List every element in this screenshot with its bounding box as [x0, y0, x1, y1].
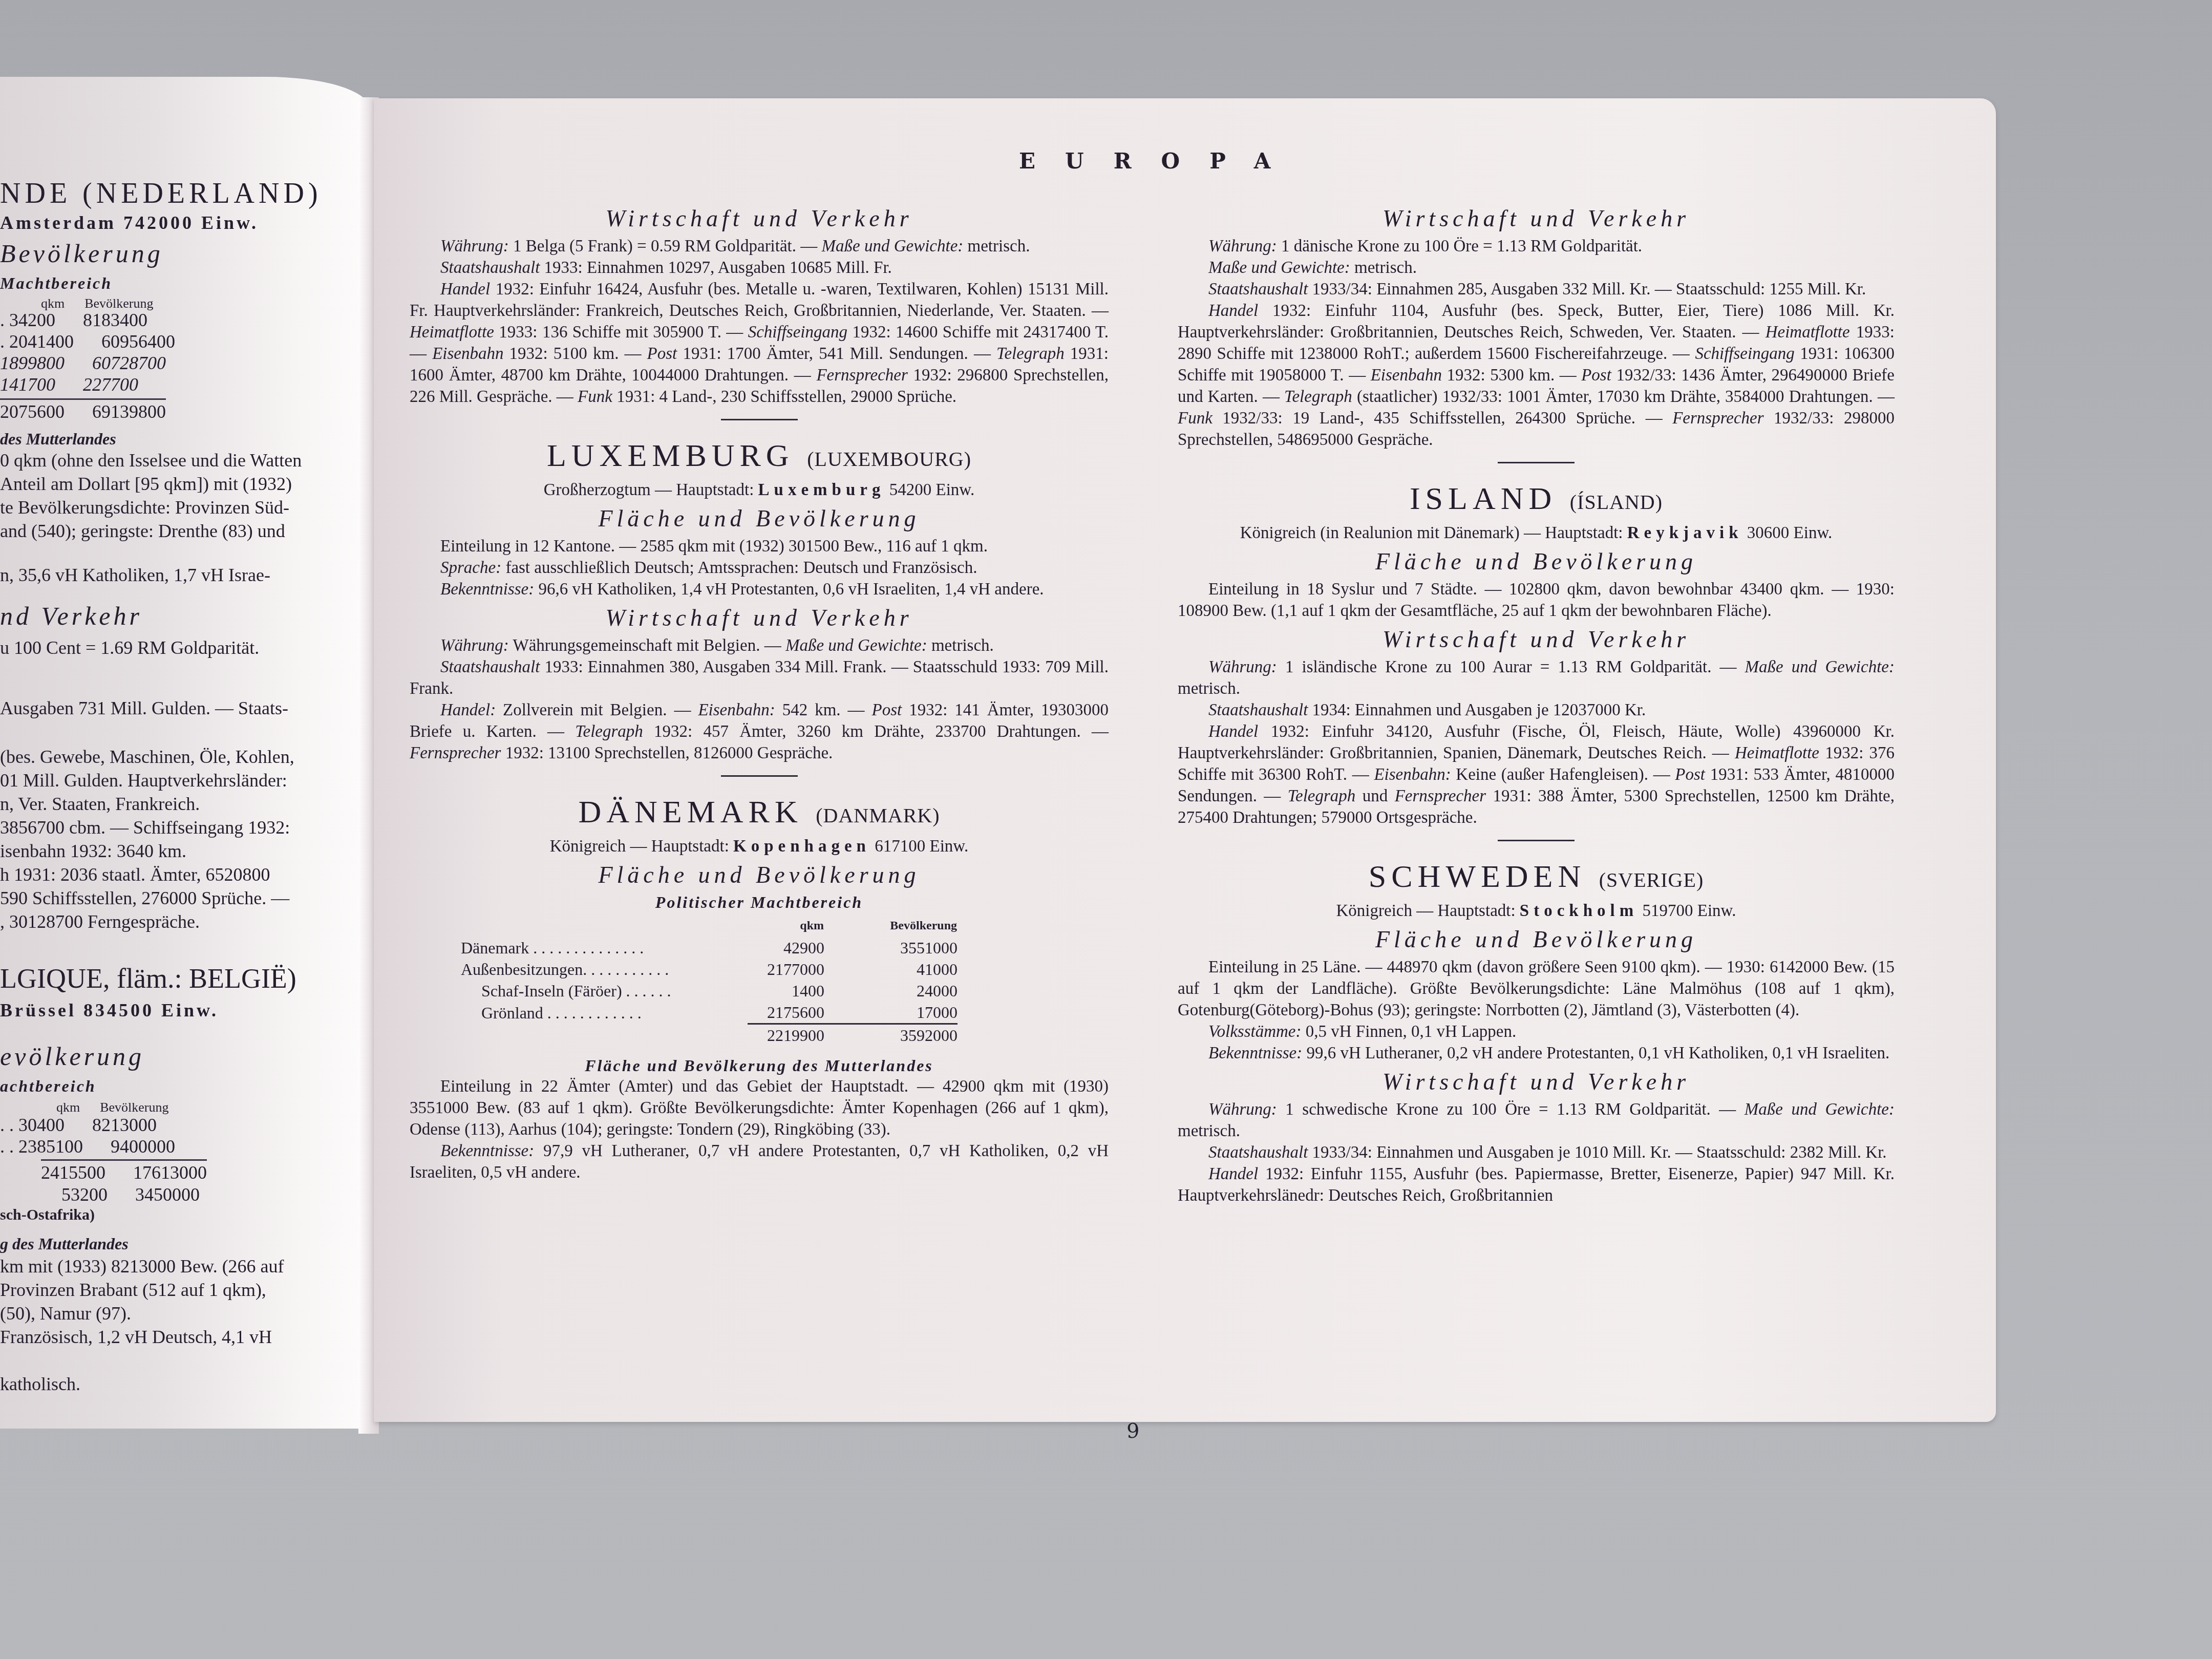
section-divider [1498, 840, 1575, 841]
paragraph: Bekenntnisse: 97,9 vH Lutheraner, 0,7 vH… [410, 1140, 1109, 1183]
paragraph: Währung: 1 Belga (5 Frank) = 0.59 RM Gol… [410, 236, 1109, 257]
paragraph: Handel 1932: Einfuhr 1155, Ausfuhr (bes.… [1178, 1163, 1895, 1206]
section-heading: Fläche und Bevölkerung [1178, 547, 1895, 577]
table-row: Grönland . . . . . . . . . . . .21756001… [461, 1002, 958, 1024]
capital-line: Brüssel 834500 Einw. [0, 998, 219, 1022]
paragraph: Einteilung in 22 Ämter (Amter) und das G… [410, 1076, 1109, 1140]
table-row: Außenbesitzungen. . . . . . . . . . .217… [461, 959, 958, 980]
paragraph: Einteilung in 18 Syslur und 7 Städte. — … [1178, 579, 1895, 622]
section-divider [1498, 462, 1575, 463]
country-title-luxemburg: LUXEMBURG (LUXEMBOURG) [410, 436, 1109, 479]
capital-line: Königreich (in Realunion mit Dänemark) —… [1178, 522, 1895, 544]
subheading: Fläche und Bevölkerung des Mutterlandes [410, 1055, 1109, 1076]
paragraph: Handel 1932: Einfuhr 16424, Ausfuhr (bes… [410, 279, 1109, 408]
country-title-iceland: ISLAND (ÍSLAND) [1178, 479, 1895, 522]
subheading: g des Mutterlandes [0, 1232, 129, 1256]
running-header: EUROPA [1019, 148, 1300, 174]
capital-line: Königreich — Hauptstadt: Kopenhagen 6171… [410, 836, 1109, 857]
paragraph: Staatshaushalt 1933/34: Einnahmen 285, A… [1178, 279, 1895, 300]
paragraph: Staatshaushalt 1934: Einnahmen und Ausga… [1178, 699, 1895, 721]
text-line: katholisch. [0, 1372, 80, 1396]
paragraph: Sprache: fast ausschließlich Deutsch; Am… [410, 557, 1109, 579]
capital-line: Großherzogtum — Hauptstadt: Luxemburg 54… [410, 479, 1109, 501]
table-row: 1899800 60728700 [0, 351, 166, 375]
text-line: u 100 Cent = 1.69 RM Goldparität. [0, 636, 259, 660]
paragraph: Handel 1932: Einfuhr 34120, Ausfuhr (Fis… [1178, 721, 1895, 828]
territory-table: qkmBevölkerung Dänemark . . . . . . . . … [461, 914, 958, 1046]
paragraph: Staatshaushalt 1933: Einnahmen 380, Ausg… [410, 656, 1109, 699]
text-line: isenbahn 1932: 3640 km. [0, 839, 186, 863]
text-line: Provinzen Brabant (512 auf 1 qkm), [0, 1278, 266, 1302]
paragraph: Währung: 1 schwedische Krone zu 100 Öre … [1178, 1099, 1895, 1142]
text-line: (bes. Gewebe, Maschinen, Öle, Kohlen, [0, 745, 294, 769]
left-page: NDE (NEDERLAND) Amsterdam 742000 Einw. B… [0, 77, 369, 1429]
text-line: 0 qkm (ohne den Isselsee und die Watten [0, 449, 302, 472]
section-heading: Wirtschaft und Verkehr [1178, 1067, 1895, 1097]
subheading: des Mutterlandes [0, 427, 116, 451]
section-divider [721, 775, 798, 777]
section-heading: Fläche und Bevölkerung [1178, 925, 1895, 954]
country-title-netherlands: NDE (NEDERLAND) [0, 182, 322, 205]
column-right: Wirtschaft und Verkehr Währung: 1 dänisc… [1178, 201, 1895, 1206]
column-header-qkm: qkm [748, 914, 824, 937]
paragraph: Handel 1932: Einfuhr 1104, Ausfuhr (bes.… [1178, 300, 1895, 451]
section-heading: Fläche und Bevölkerung [410, 504, 1109, 534]
text-line: te Bevölkerungsdichte: Provinzen Süd- [0, 496, 289, 519]
text-line: , 30128700 Ferngespräche. [0, 910, 200, 933]
table-row: Schaf-Inseln (Färöer) . . . . . .1400240… [461, 980, 958, 1002]
table-total: 2415500 17613000 [41, 1159, 207, 1184]
paragraph: Währung: 1 isländische Krone zu 100 Aura… [1178, 656, 1895, 699]
subheading: achtbereich [0, 1074, 96, 1098]
text-line: km mit (1933) 8213000 Bew. (266 auf [0, 1254, 284, 1278]
capital-line: Amsterdam 742000 Einw. [0, 211, 259, 235]
section-heading: Wirtschaft und Verkehr [1178, 625, 1895, 654]
section-heading: nd Verkehr [0, 604, 142, 628]
column-left: Wirtschaft und Verkehr Währung: 1 Belga … [410, 201, 1109, 1183]
table-title: Politischer Machtbereich [410, 892, 1109, 912]
text-line: n, 35,6 vH Katholiken, 1,7 vH Israe- [0, 563, 270, 587]
section-heading: evölkerung [0, 1045, 144, 1068]
paragraph: Währung: 1 dänische Krone zu 100 Öre = 1… [1178, 236, 1895, 257]
country-title-denmark: DÄNEMARK (DANMARK) [410, 792, 1109, 836]
text-line: Französisch, 1,2 vH Deutsch, 4,1 vH [0, 1325, 272, 1349]
section-heading: Bevölkerung [0, 242, 163, 265]
section-heading: Wirtschaft und Verkehr [1178, 204, 1895, 233]
table-total-row: 22199003592000 [461, 1024, 958, 1047]
section-heading: Fläche und Bevölkerung [410, 860, 1109, 890]
text-line: sch-Ostafrika) [0, 1203, 95, 1227]
table-row: Dänemark . . . . . . . . . . . . . .4290… [461, 937, 958, 959]
capital-line: Königreich — Hauptstadt: Stockholm 51970… [1178, 900, 1895, 922]
text-line: Anteil am Dollart [95 qkm]) mit (1932) [0, 472, 292, 496]
text-line: 01 Mill. Gulden. Hauptverkehrsländer: [0, 769, 287, 792]
paragraph: Volksstämme: 0,5 vH Finnen, 0,1 vH Lappe… [1178, 1021, 1895, 1043]
paragraph: Bekenntnisse: 96,6 vH Katholiken, 1,4 vH… [410, 579, 1109, 600]
text-line: 3856700 cbm. — Schiffseingang 1932: [0, 816, 290, 839]
page-number: 9 [1126, 1419, 1139, 1443]
text-line: h 1931: 2036 staatl. Ämter, 6520800 [0, 863, 270, 886]
text-line: n, Ver. Staaten, Frankreich. [0, 792, 200, 816]
section-divider [721, 419, 798, 420]
section-heading: Wirtschaft und Verkehr [410, 603, 1109, 633]
paragraph: Einteilung in 12 Kantone. — 2585 qkm mit… [410, 536, 1109, 557]
text-line: (50), Namur (97). [0, 1302, 131, 1325]
country-title-belgium: LGIQUE, fläm.: BELGIË) [0, 967, 296, 990]
country-title-sweden: SCHWEDEN (SVERIGE) [1178, 857, 1895, 900]
table-total: 2075600 69139800 [0, 398, 166, 423]
paragraph: Währung: Währungsgemeinschaft mit Belgie… [410, 635, 1109, 656]
paragraph: Maße und Gewichte: metrisch. [1178, 257, 1895, 279]
column-header-population: Bevölkerung [824, 914, 958, 937]
paragraph: Handel: Zollverein mit Belgien. — Eisenb… [410, 699, 1109, 764]
section-heading: Wirtschaft und Verkehr [410, 204, 1109, 233]
table-row: . 2041400 60956400 [0, 330, 175, 353]
table-row: 141700 227700 [0, 373, 138, 396]
text-line: and (540); geringste: Drenthe (83) und [0, 519, 285, 543]
paragraph: Staatshaushalt 1933: Einnahmen 10297, Au… [410, 257, 1109, 279]
text-line: Ausgaben 731 Mill. Gulden. — Staats- [0, 696, 288, 720]
table-row: . . 2385100 9400000 [0, 1135, 175, 1158]
text-line: 590 Schiffsstellen, 276000 Sprüche. — [0, 886, 289, 910]
paragraph: Einteilung in 25 Läne. — 448970 qkm (dav… [1178, 956, 1895, 1021]
table-row: . 34200 8183400 [0, 308, 147, 332]
table-row: . . 30400 8213000 [0, 1113, 157, 1137]
paragraph: Staatshaushalt 1933/34: Einnahmen und Au… [1178, 1142, 1895, 1163]
paragraph: Bekenntnisse: 99,6 vH Lutheraner, 0,2 vH… [1178, 1043, 1895, 1064]
